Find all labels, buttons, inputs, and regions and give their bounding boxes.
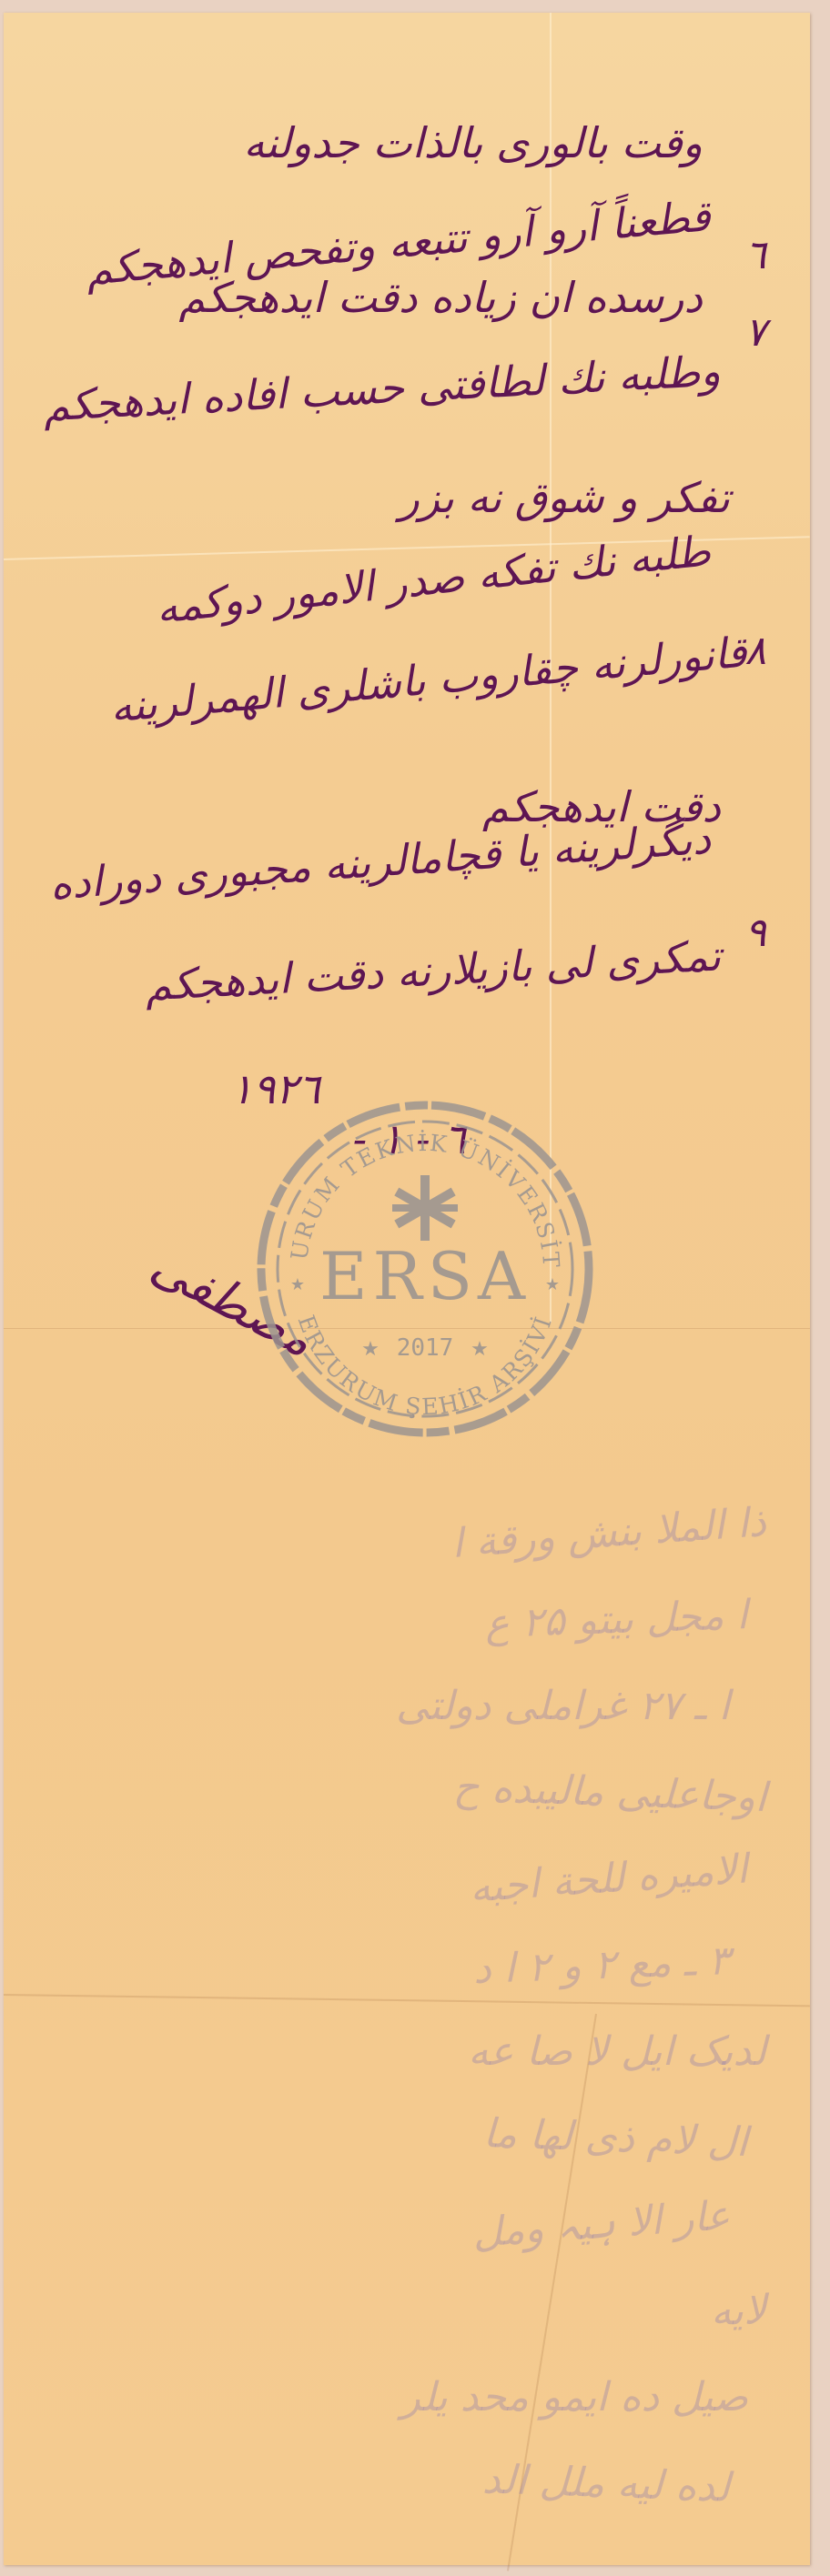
bleed-through-line: ۳ ـ مع ۲ و ۲ ا د (472, 1937, 730, 1993)
stamp-graphic: ERZURUM TEKNİK ÜNİVERSİTESİ ERZURUM ŞEHİ… (248, 1092, 602, 1446)
bleed-through-line: صیل ده ایمو محد یلر (401, 2374, 748, 2420)
item-number: ٦ (744, 232, 766, 278)
archive-stamp: ERZURUM TEKNİK ÜNİVERSİTESİ ERZURUM ŞEHİ… (248, 1092, 602, 1446)
handwritten-line: تفكر و شوق نه بزر (400, 473, 730, 522)
item-number: ٩ (744, 910, 766, 956)
handwritten-line: وقت بالوری بالذات جدولنه (244, 118, 703, 167)
stamp-center-text: ERSA (319, 1238, 531, 1314)
stamp-year-text: 2017 (397, 1334, 454, 1362)
star-icon: ★ (545, 1275, 560, 1294)
bleed-through-line: ال لام ذی لها ما (483, 2110, 749, 2166)
bleed-through-line: لده لیه ملل الد (481, 2456, 731, 2511)
handwritten-line: درسده ان زیاده دقت ایدهجکم (179, 273, 703, 322)
star-icon: ★ (361, 1338, 380, 1361)
bleed-through-line: لدیک ایل لا صا عه (468, 2028, 766, 2075)
item-number: ٧ (744, 309, 766, 356)
star-icon: ★ (290, 1275, 305, 1294)
bleed-through-line: ا مجل بیتو ۲۵ ع (485, 1592, 749, 1647)
star-icon: ★ (471, 1338, 489, 1361)
snowflake-emblem-icon (392, 1175, 458, 1241)
fold-line (4, 1994, 810, 2007)
bleed-through-line: ا ـ ۲۷ غراملی دولتی (396, 1683, 730, 1729)
bleed-through-line: لایه (710, 2287, 767, 2335)
